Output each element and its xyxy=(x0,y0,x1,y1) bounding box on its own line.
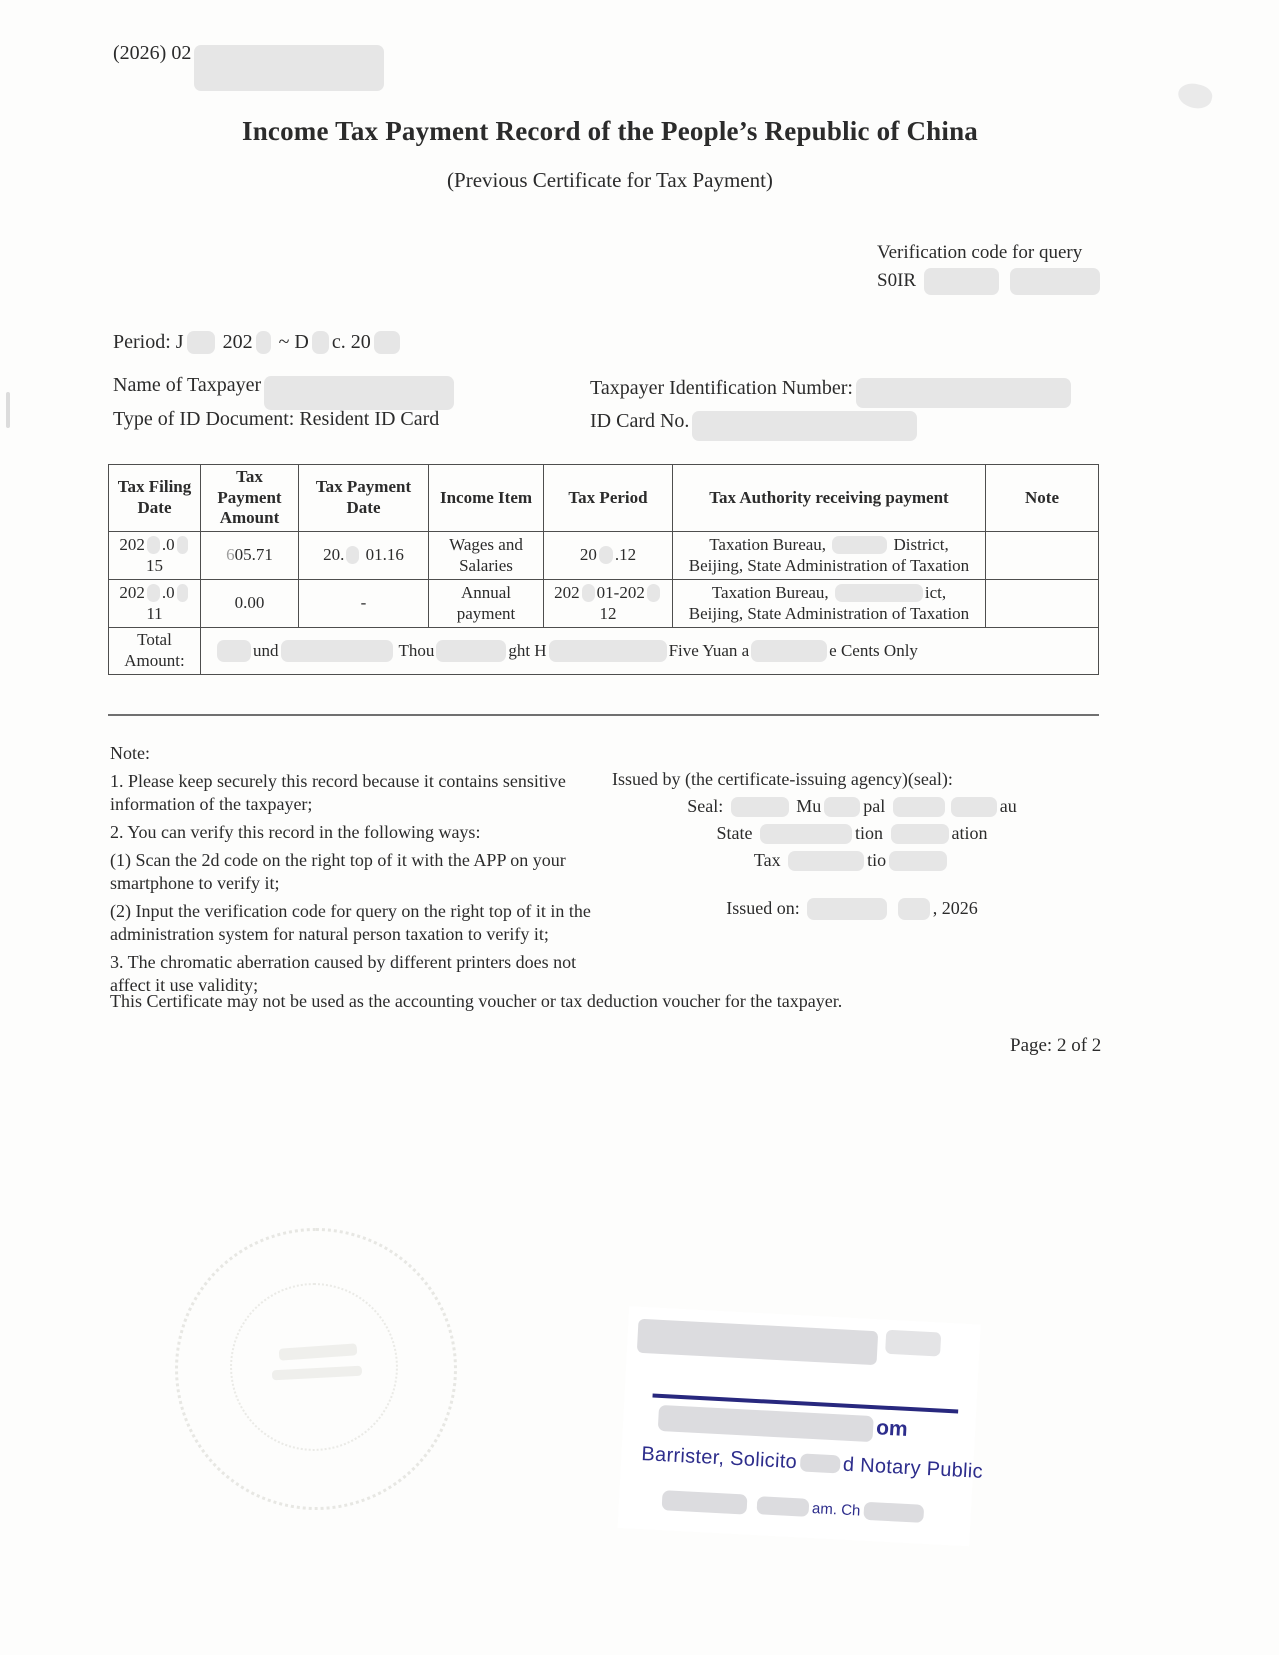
cell-payment-date: - xyxy=(299,580,429,628)
cell-payment-amount: 605.71 xyxy=(201,532,299,580)
issued-by-label: Issued by (the certificate-issuing agenc… xyxy=(612,766,1092,793)
stamp-redaction xyxy=(885,1330,941,1357)
cell-tax-period: 20201-20212 xyxy=(544,580,673,628)
taxpayer-name-field: Name of Taxpayer xyxy=(113,374,457,410)
notes-section: Note: 1. Please keep securely this recor… xyxy=(110,742,617,1002)
section-divider xyxy=(108,714,1099,716)
issued-on-line: Issued on: , 2026 xyxy=(612,895,1092,922)
doc-title: Income Tax Payment Record of the People’… xyxy=(0,116,1220,147)
cell-tax-authority: Taxation Bureau, District,Beijing, State… xyxy=(673,532,986,580)
cell-tax-period: 20.12 xyxy=(544,532,673,580)
note-heading: Note: xyxy=(110,742,617,765)
table-header-row: Tax Filing Date Tax Payment Amount Tax P… xyxy=(109,465,1099,532)
law-firm-stamp: om Barrister, Solicitod Notary Public am… xyxy=(618,1306,981,1546)
tax-payment-table: Tax Filing Date Tax Payment Amount Tax P… xyxy=(108,464,1099,675)
verification-block: Verification code for query S0IR xyxy=(877,239,1103,295)
notary-embossed-seal xyxy=(175,1228,460,1513)
verification-code: S0IR xyxy=(877,267,1103,295)
note-line: (2) Input the verification code for quer… xyxy=(110,900,617,946)
col-header-tax-payment-date: Tax Payment Date xyxy=(299,465,429,532)
page-number: Page: 2 of 2 xyxy=(1010,1035,1101,1057)
col-header-tax-period: Tax Period xyxy=(544,465,673,532)
cell-income-item: Annual payment xyxy=(429,580,544,628)
note-line: (1) Scan the 2d code on the right top of… xyxy=(110,849,617,895)
verification-label: Verification code for query xyxy=(877,239,1103,267)
scan-artifact xyxy=(6,392,10,428)
seal-line-1: Seal: Mupal au xyxy=(612,793,1092,820)
col-header-tax-filing-date: Tax Filing Date xyxy=(109,465,201,532)
table-row: 202.015 605.71 20. 01.16 Wages and Salar… xyxy=(109,532,1099,580)
stamp-line-2: Barrister, Solicitod Notary Public xyxy=(641,1443,984,1484)
tin-field: Taxpayer Identification Number: xyxy=(590,377,1074,408)
id-type-field: Type of ID Document: Resident ID Card xyxy=(113,408,439,431)
disclaimer-text: This Certificate may not be used as the … xyxy=(110,991,842,1012)
id-number-field: ID Card No. xyxy=(590,410,920,441)
ref-line: (2026) 02 xyxy=(113,42,387,91)
doc-subtitle: (Previous Certificate for Tax Payment) xyxy=(0,168,1220,193)
cell-filing-date: 202.015 xyxy=(109,532,201,580)
col-header-tax-payment-amount: Tax Payment Amount xyxy=(201,465,299,532)
scan-artifact xyxy=(1176,80,1215,112)
col-header-note: Note xyxy=(986,465,1099,532)
col-header-income-item: Income Item xyxy=(429,465,544,532)
stamp-line-1: om xyxy=(655,1405,909,1444)
total-amount-label: Total Amount: xyxy=(109,628,201,674)
stamp-line-3: am. Ch xyxy=(659,1490,927,1524)
seal-line-3: Tax tio xyxy=(612,847,1092,874)
issued-by-section: Issued by (the certificate-issuing agenc… xyxy=(612,766,1092,922)
note-line: 1. Please keep securely this record beca… xyxy=(110,770,617,816)
cell-note xyxy=(986,532,1099,580)
page: (2026) 02 Income Tax Payment Record of t… xyxy=(0,0,1279,1655)
cell-tax-authority: Taxation Bureau, ict,Beijing, State Admi… xyxy=(673,580,986,628)
stamp-redaction xyxy=(637,1319,878,1366)
period-field: Period: J 202 ~ Dc. 20 xyxy=(113,331,403,354)
cell-income-item: Wages and Salaries xyxy=(429,532,544,580)
seal-line-2: State tion ation xyxy=(612,820,1092,847)
total-row: Total Amount: und Thought HFive Yuan ae … xyxy=(109,628,1099,674)
cell-payment-amount: 0.00 xyxy=(201,580,299,628)
cell-filing-date: 202.011 xyxy=(109,580,201,628)
col-header-tax-authority: Tax Authority receiving payment xyxy=(673,465,986,532)
note-line: 2. You can verify this record in the fol… xyxy=(110,821,617,844)
total-amount-value: und Thought HFive Yuan ae Cents Only xyxy=(201,628,1099,674)
cell-note xyxy=(986,580,1099,628)
table-row: 202.011 0.00 - Annual payment 20201-2021… xyxy=(109,580,1099,628)
cell-payment-date: 20. 01.16 xyxy=(299,532,429,580)
seal-inner-ring xyxy=(230,1283,398,1451)
